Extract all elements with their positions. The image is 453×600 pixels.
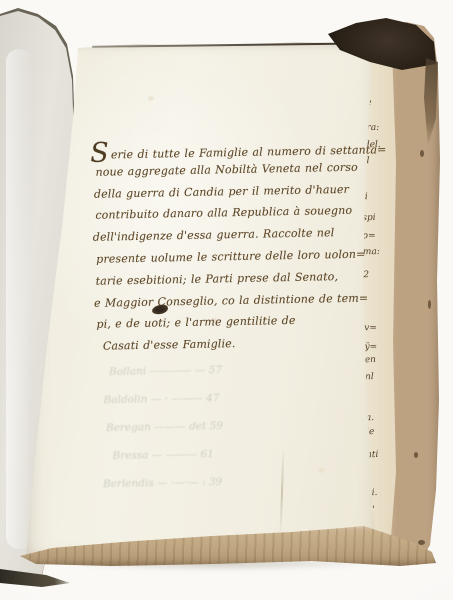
edge-speck <box>414 452 418 458</box>
bleedthrough-name-list: Bollani ———— — 57 Baldolin — · ——— 47 Be… <box>101 354 343 498</box>
foxing-spot <box>148 96 154 101</box>
edge-speck <box>418 540 425 545</box>
swash-initial: S <box>90 137 109 168</box>
bleedthrough-line: Bressa — ——— 61 <box>112 438 342 470</box>
bleedthrough-line: Baldolin — · ——— 47 <box>103 382 341 414</box>
edge-speck <box>420 150 424 157</box>
manuscript-text-block: Serie di tutte le Famiglie al numero di … <box>90 134 386 358</box>
bleedthrough-line: Beregan ——— det 59 <box>106 410 342 442</box>
bleedthrough-line: Bollani ———— — 57 <box>109 354 341 386</box>
edge-speck <box>428 300 431 309</box>
bleedthrough-line: Berlendis — ·—·— : 39 <box>103 466 343 498</box>
manuscript-photo: he gra: idel. el li spi o= ma: 2 v= ÿ= e… <box>0 0 453 600</box>
flyleaf-highlight <box>6 49 32 549</box>
fragment-text: en <box>365 355 376 365</box>
